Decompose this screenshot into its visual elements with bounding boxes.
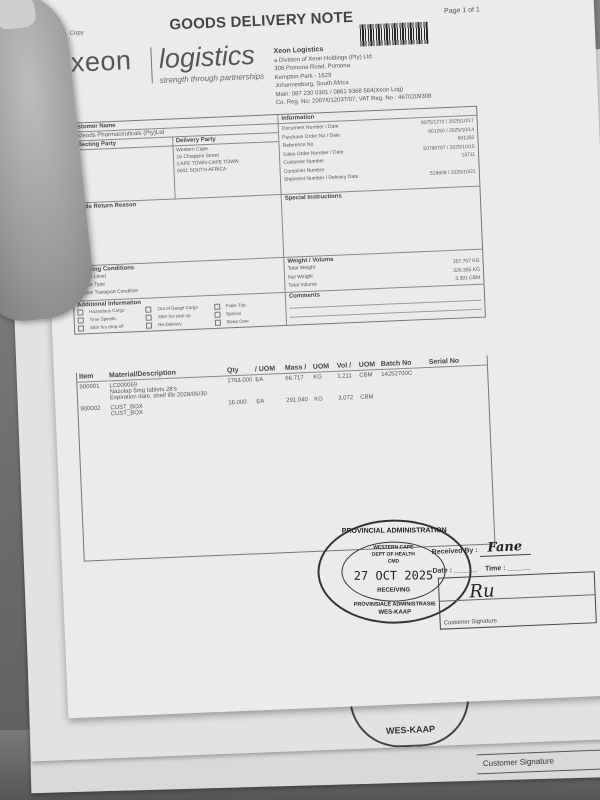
- item-mass-uom: KG: [314, 396, 338, 409]
- item-vol-uom: CBM: [360, 394, 382, 407]
- copy-label: Copy: [70, 30, 84, 37]
- option-label: Re-Delivery: [152, 320, 215, 328]
- information-row-value: 13711: [461, 151, 475, 160]
- stamp-line2: WESTERN CAPE: [342, 544, 444, 551]
- item-mass: 66.717: [285, 375, 314, 394]
- col-item: Item: [79, 372, 109, 380]
- customer-signature-box: Ru Customer Signature: [438, 571, 597, 630]
- item-uom: EA: [256, 398, 286, 411]
- item-number: 900002: [80, 405, 110, 418]
- weight-label: Total Volume: [288, 281, 317, 291]
- logo-divider: [150, 47, 153, 83]
- stamp-top-text: PROVINCIAL ADMINISTRATION: [319, 527, 469, 535]
- item-vol: 1.211: [337, 373, 360, 392]
- col-serial: Serial No: [429, 357, 469, 366]
- information-table: Document Number / Date8075/1272 / 2025/1…: [279, 116, 480, 194]
- item-qty: 16.000: [228, 399, 256, 412]
- header-grid: Customer Name Information Macleods Pharm…: [65, 106, 485, 335]
- information-row-value: 519609 / 2025/10/21: [430, 168, 476, 178]
- delivery-party-address: Western Cape16 Chiappini StreetCAPE TOWN…: [173, 142, 281, 198]
- item-vol: 3.072: [338, 395, 360, 408]
- page-number: Page 1 of 1: [444, 7, 480, 15]
- col-mass-uom: UOM: [313, 363, 337, 371]
- weight-value: 3.391 CBM: [455, 274, 480, 284]
- item-material: LC000069Nazolap 5mg tablets 28'sExpirati…: [109, 378, 228, 401]
- item-mass-uom: KG: [313, 374, 338, 393]
- stamp-date: 27 OCT 2025: [342, 568, 444, 583]
- col-mass: Mass /: [285, 364, 313, 372]
- received-by: Received By : Fane: [431, 539, 530, 558]
- col-vol: Vol /: [337, 362, 359, 370]
- item-mass: 291.040: [286, 397, 314, 410]
- logo-xeon: xeon: [70, 45, 132, 79]
- document-title: GOODS DELIVERY NOTE: [169, 9, 353, 34]
- col-vol-uom: UOM: [359, 361, 381, 369]
- col-uom: / UOM: [255, 365, 285, 373]
- item-batch: 14252700C: [381, 370, 430, 390]
- date-label: Date :: [432, 567, 452, 575]
- company-name: Xeon Logistics: [273, 46, 323, 55]
- delivery-note-sheet: Copy GOODS DELIVERY NOTE Page 1 of 1 xeo…: [38, 0, 600, 718]
- col-batch: Batch No: [381, 359, 429, 368]
- item-material: CUST_BOXCUST_BOX: [110, 400, 228, 417]
- information-row-label: Shipment Number / Delivery Date: [284, 173, 359, 185]
- stamp-receiving: RECEIVING: [343, 587, 445, 594]
- stamp-line3: DEPT OF HEALTH: [342, 551, 444, 558]
- received-by-signature: Fane: [479, 539, 530, 557]
- col-qty: Qty: [227, 366, 255, 374]
- logo-logistics: logistics: [158, 40, 255, 75]
- item-uom: EA: [255, 376, 286, 395]
- item-batch: [382, 392, 430, 406]
- company-address: Xeon Logistics a Division of Xeon Holdin…: [273, 42, 431, 108]
- item-qty: 1763.000: [227, 377, 256, 396]
- received-by-label: Received By :: [432, 547, 478, 556]
- option-label: Sleep Over: [220, 317, 283, 325]
- option-label: After hrs drop-off: [84, 323, 147, 331]
- time-label: Time :: [485, 565, 506, 573]
- stamp-line4: CMD: [342, 558, 444, 565]
- item-vol-uom: CBM: [359, 372, 382, 391]
- customer-signature-label: Customer Signature: [444, 618, 498, 626]
- item-number: 900001: [79, 383, 110, 402]
